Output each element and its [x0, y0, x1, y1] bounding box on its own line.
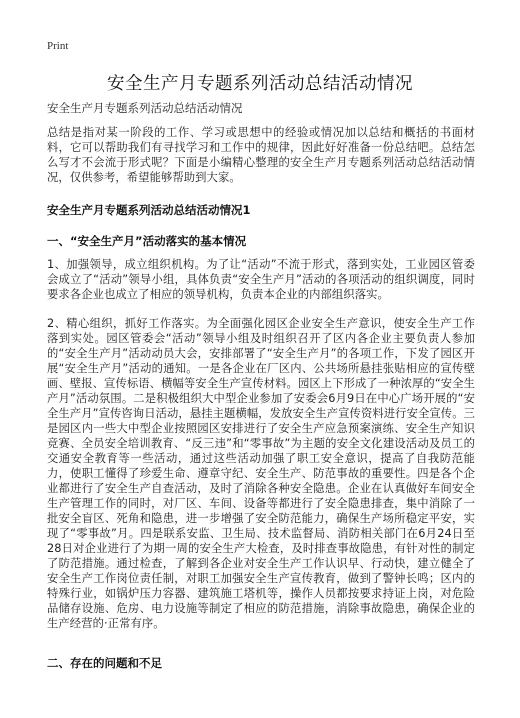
document-title: 安全生产月专题系列活动总结活动情况 [0, 70, 520, 95]
heading-basic-situation: 一、“安全生产月”活动落实的基本情况 [47, 233, 246, 249]
document-subtitle: 安全生产月专题系列活动总结活动情况 [47, 100, 243, 116]
document-page: Print 安全生产月专题系列活动总结活动情况 安全生产月专题系列活动总结活动情… [0, 0, 520, 718]
paragraph-leadership: 1、加强领导，成立组织机构。为了让“活动”不流于形式，落到实处，工业园区管委会成… [47, 257, 475, 302]
paragraph-organization: 2、精心组织，抓好工作落实。为全面强化园区企业安全生产意识，使安全生产工作落到实… [47, 316, 475, 631]
heading-problems: 二、存在的问题和不足 [47, 655, 162, 671]
intro-paragraph: 总结是指对某一阶段的工作、学习或思想中的经验或情况加以总结和概括的书面材料，它可… [47, 125, 475, 185]
print-label: Print [47, 40, 68, 52]
section-title: 安全生产月专题系列活动总结活动情况1 [47, 202, 251, 218]
